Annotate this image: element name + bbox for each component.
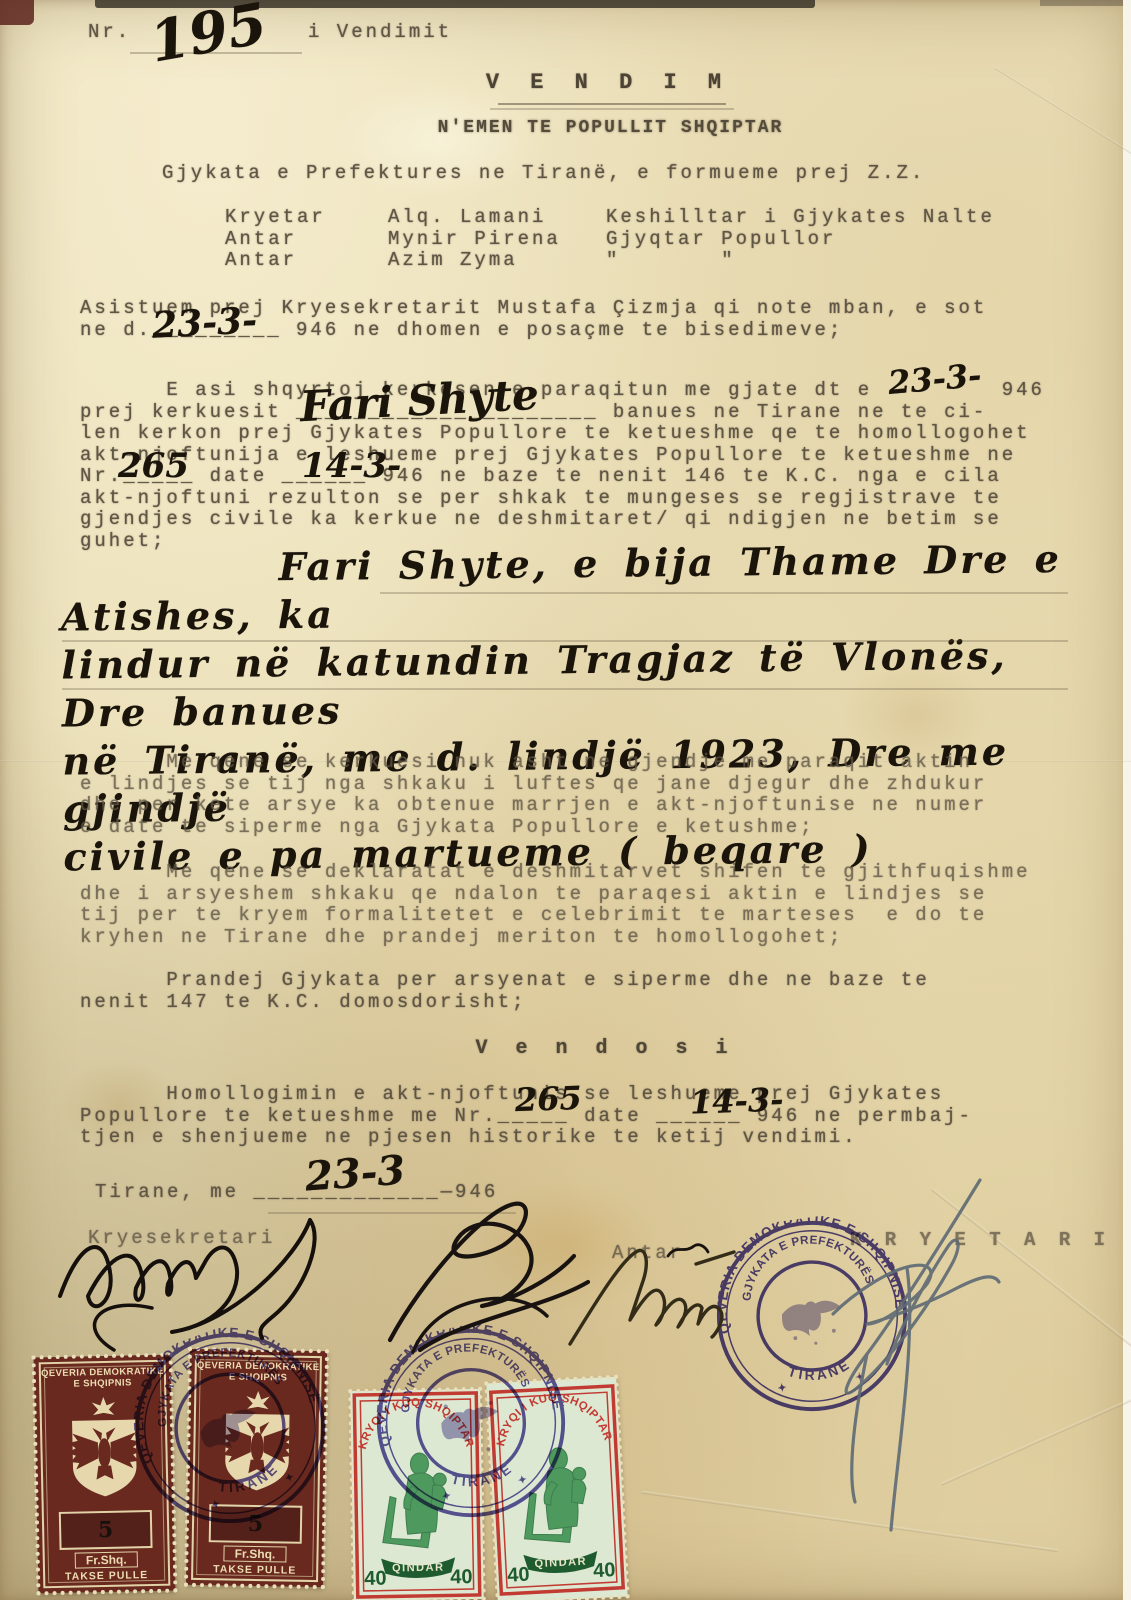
panel-title: Keshilltar i Gjykates Nalte	[606, 207, 995, 229]
title-underline	[498, 103, 726, 105]
handwritten-ruling-date: 14-3-	[689, 1080, 784, 1121]
decision-number-suffix: i Vendimit	[308, 22, 452, 44]
declaration-rule	[380, 592, 1068, 594]
seal-star: ✦	[441, 1490, 452, 1504]
place-date-line: Tirane, me _____________—946	[95, 1182, 498, 1204]
footer-date-underline	[268, 1212, 516, 1214]
panel-role: Antar	[225, 250, 388, 272]
panel-name: Mynir Pirena	[388, 229, 606, 251]
member-label: Antar	[612, 1243, 684, 1265]
panel-name: Alq. Lamani	[388, 207, 606, 229]
revenue-stamp-value-box: 5	[59, 1510, 152, 1550]
scanned-court-decision: Nr. i Vendimit 195 V E N D I M N'EMEN TE…	[0, 0, 1131, 1600]
court-panel: Kryetar Alq. Lamani Keshilltar i Gjykate…	[225, 207, 995, 272]
seal-emblem	[437, 1394, 506, 1460]
revenue-stamp-currency: Fr.Shq.	[75, 1551, 138, 1568]
handwritten-act-date: 14-3-	[302, 446, 401, 486]
court-seal: QEVERIA DEMOKRATIKE E SHQIPNISË GJYKATA …	[356, 1308, 586, 1538]
seal-emblem	[780, 1297, 845, 1349]
handwritten-ruling-number: 265	[514, 1079, 582, 1119]
scan-edge-top-right	[1040, 0, 1131, 6]
seal-star: ✦	[210, 1498, 223, 1512]
seal-emblem	[197, 1404, 265, 1457]
document-title: V E N D I M	[0, 72, 1131, 94]
title-underline-2	[490, 108, 734, 110]
red-cross-value-right: 40	[593, 1559, 616, 1582]
vendosi-heading: V e n d o s i	[0, 1038, 1131, 1060]
seal-star: ✦	[517, 1474, 528, 1488]
scan-corner-mark	[0, 0, 34, 25]
seal-bottom-text: TIRANË	[213, 1457, 285, 1503]
paragraph-reason-1: Me qene se kerkuesi nuk asht ne gjendje …	[80, 752, 1080, 838]
handwritten-footer-date: 23-3	[303, 1147, 406, 1201]
paragraph-reason-2: Me qene se deklaratat e deshmitarvet shi…	[80, 862, 1080, 948]
revenue-stamp-currency: Fr.Shq.	[224, 1545, 287, 1562]
paper-crease	[642, 1491, 1058, 1552]
declaration-rule	[62, 688, 1068, 690]
panel-role: Antar	[225, 229, 388, 251]
paragraph-request: E asi shqyrtoj kerkesen e paraqitun me g…	[80, 380, 1090, 552]
decision-number-handwritten: 195	[145, 0, 272, 76]
document-subtitle: N'EMEN TE POPULLIT SHQIPTAR	[0, 118, 1131, 140]
panel-name: Azim Zyma	[388, 250, 606, 272]
revenue-stamp-footer: TAKSE PULLE	[65, 1569, 148, 1583]
svg-text:TIRANË: TIRANË	[784, 1354, 855, 1387]
panel-title: " "	[606, 250, 995, 272]
revenue-stamp-value: 5	[98, 1517, 114, 1543]
decision-number-label: Nr.	[88, 22, 131, 44]
court-seal: QEVERIA DEMOKRATIKE E SHQIPNISË GJYKATA …	[701, 1205, 922, 1426]
paper-crease	[941, 1377, 1131, 1485]
secretary-signature-tail	[70, 1300, 165, 1358]
court-line: Gjykata e Prefektures ne Tiranë, e formu…	[162, 163, 925, 185]
svg-text:TIRANË: TIRANË	[213, 1457, 285, 1503]
handwritten-session-date: 23-3-	[151, 299, 258, 346]
seal-bottom-text: TIRANË	[784, 1354, 855, 1387]
declaration-rule	[62, 640, 1068, 642]
red-cross-value-left: 40	[507, 1564, 530, 1587]
svg-text:TIRANË: TIRANË	[447, 1459, 518, 1495]
paragraph-conclusion: Prandej Gjykata per arsyenat e siperme d…	[80, 970, 1080, 1013]
seal-star: ✦	[855, 1371, 866, 1384]
scan-edge-right	[1123, 0, 1131, 1600]
panel-title: Gjyqtar Popullor	[606, 229, 995, 251]
panel-role: Kryetar	[225, 207, 388, 229]
handwritten-act-number: 265	[118, 446, 189, 486]
red-cross-value-right: 40	[450, 1566, 473, 1588]
red-cross-value-left: 40	[364, 1568, 387, 1590]
paper-crease	[931, 1188, 1131, 1375]
secretary-label: Kryesekretari	[88, 1228, 275, 1250]
revenue-stamp-footer: TAKSE PULLE	[213, 1563, 296, 1576]
handwritten-request-date: 23-3-	[887, 356, 983, 402]
seal-star: ✦	[777, 1382, 788, 1395]
red-cross-banner-text: QINDAR	[392, 1562, 445, 1575]
seal-bottom-text: TIRANË	[447, 1459, 518, 1495]
